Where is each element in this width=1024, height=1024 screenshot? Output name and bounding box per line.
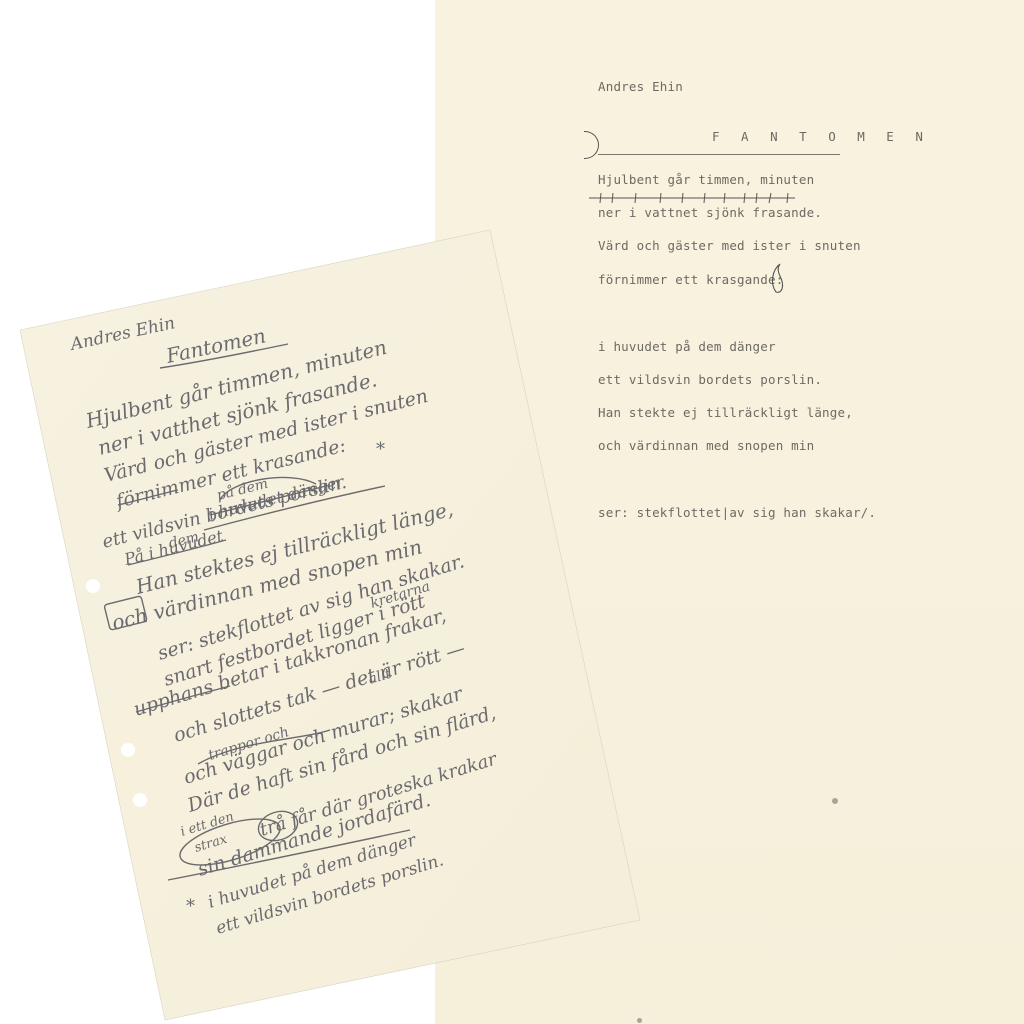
handwritten-manuscript-page: Andres Ehin Fantomen Hjulbent går timmen… [0,0,1024,1024]
asterisk-mark: * [376,439,385,460]
footnote-asterisk: * [186,896,195,917]
